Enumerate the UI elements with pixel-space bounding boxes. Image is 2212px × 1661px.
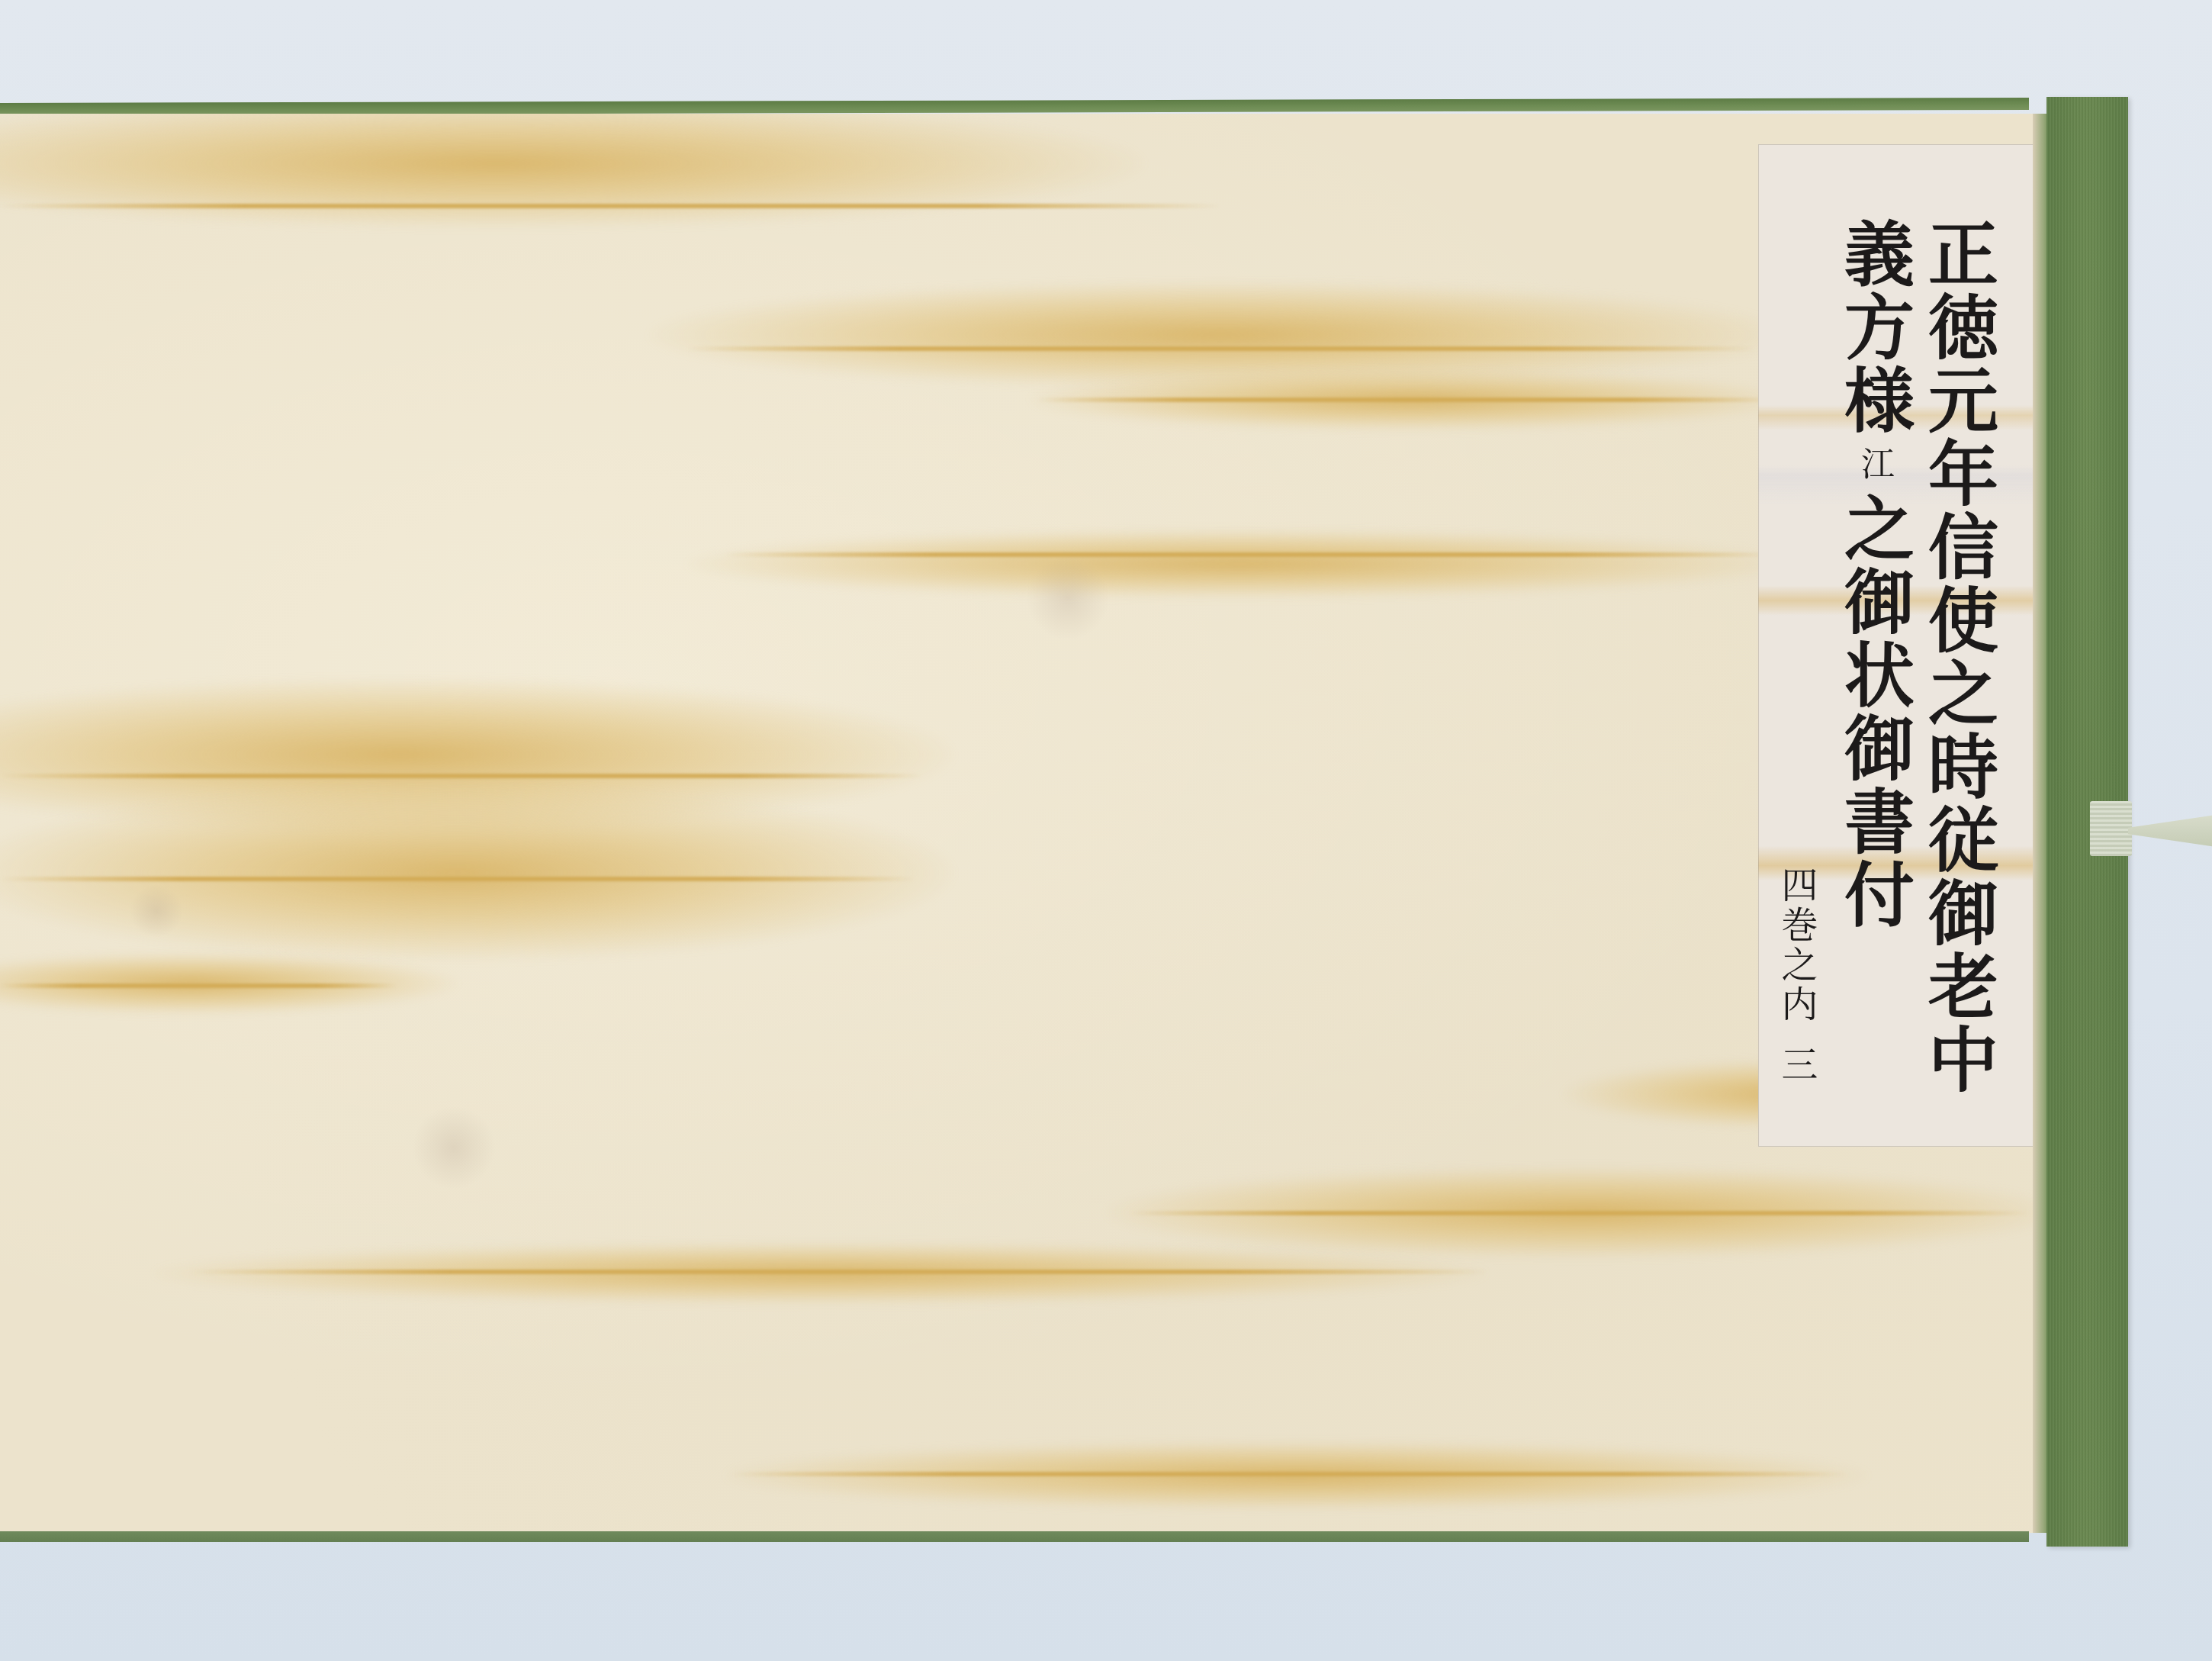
gold-mist-line: [0, 774, 923, 778]
gold-mist-line: [725, 552, 1777, 557]
volume-number: 三: [1778, 1045, 1815, 1085]
gold-mist-line: [191, 1270, 1487, 1274]
gold-mist-line: [732, 1472, 1846, 1476]
title-line-2-part-b: 之御状御書付: [1833, 492, 1915, 932]
gold-mist-band: [0, 114, 1144, 228]
scroll-bottom-border: [0, 1531, 2029, 1542]
cord-loop: [2090, 801, 2132, 856]
paper-stain: [130, 884, 183, 938]
scroll-top-border: [0, 98, 2029, 115]
scroll-paper: 正徳元年信使之時従御老中 義方様江之御状御書付 四巻之内 三: [0, 114, 2033, 1533]
handscroll: 正徳元年信使之時従御老中 義方様江之御状御書付 四巻之内 三: [0, 97, 2128, 1547]
paper-stain: [412, 1106, 496, 1189]
volume-note: 四巻之内: [1778, 866, 1815, 1025]
gold-mist-line: [1129, 1211, 2029, 1215]
cord-tail: [2128, 815, 2212, 847]
gold-mist-line: [1037, 398, 1777, 402]
title-line-2-small: 江: [1857, 437, 1891, 492]
title-slip: 正徳元年信使之時従御老中 義方様江之御状御書付 四巻之内 三: [1758, 144, 2033, 1147]
paper-stain: [1026, 556, 1110, 640]
title-line-2: 義方様江之御状御書付: [1839, 217, 1909, 932]
gold-mist-line: [0, 877, 915, 881]
scroll-tie-cord: [2090, 801, 2212, 855]
title-line-1: 正徳元年信使之時従御老中: [1923, 217, 1993, 1096]
mount-inner-strip: [2033, 114, 2048, 1533]
gold-mist-line: [0, 983, 397, 988]
gold-mist-band: [648, 282, 1792, 388]
gold-mist-line: [0, 204, 1220, 208]
gold-mist-line: [686, 346, 1754, 351]
title-line-2-part-a: 義方様: [1833, 217, 1915, 437]
gold-mist-band: [686, 530, 1792, 598]
